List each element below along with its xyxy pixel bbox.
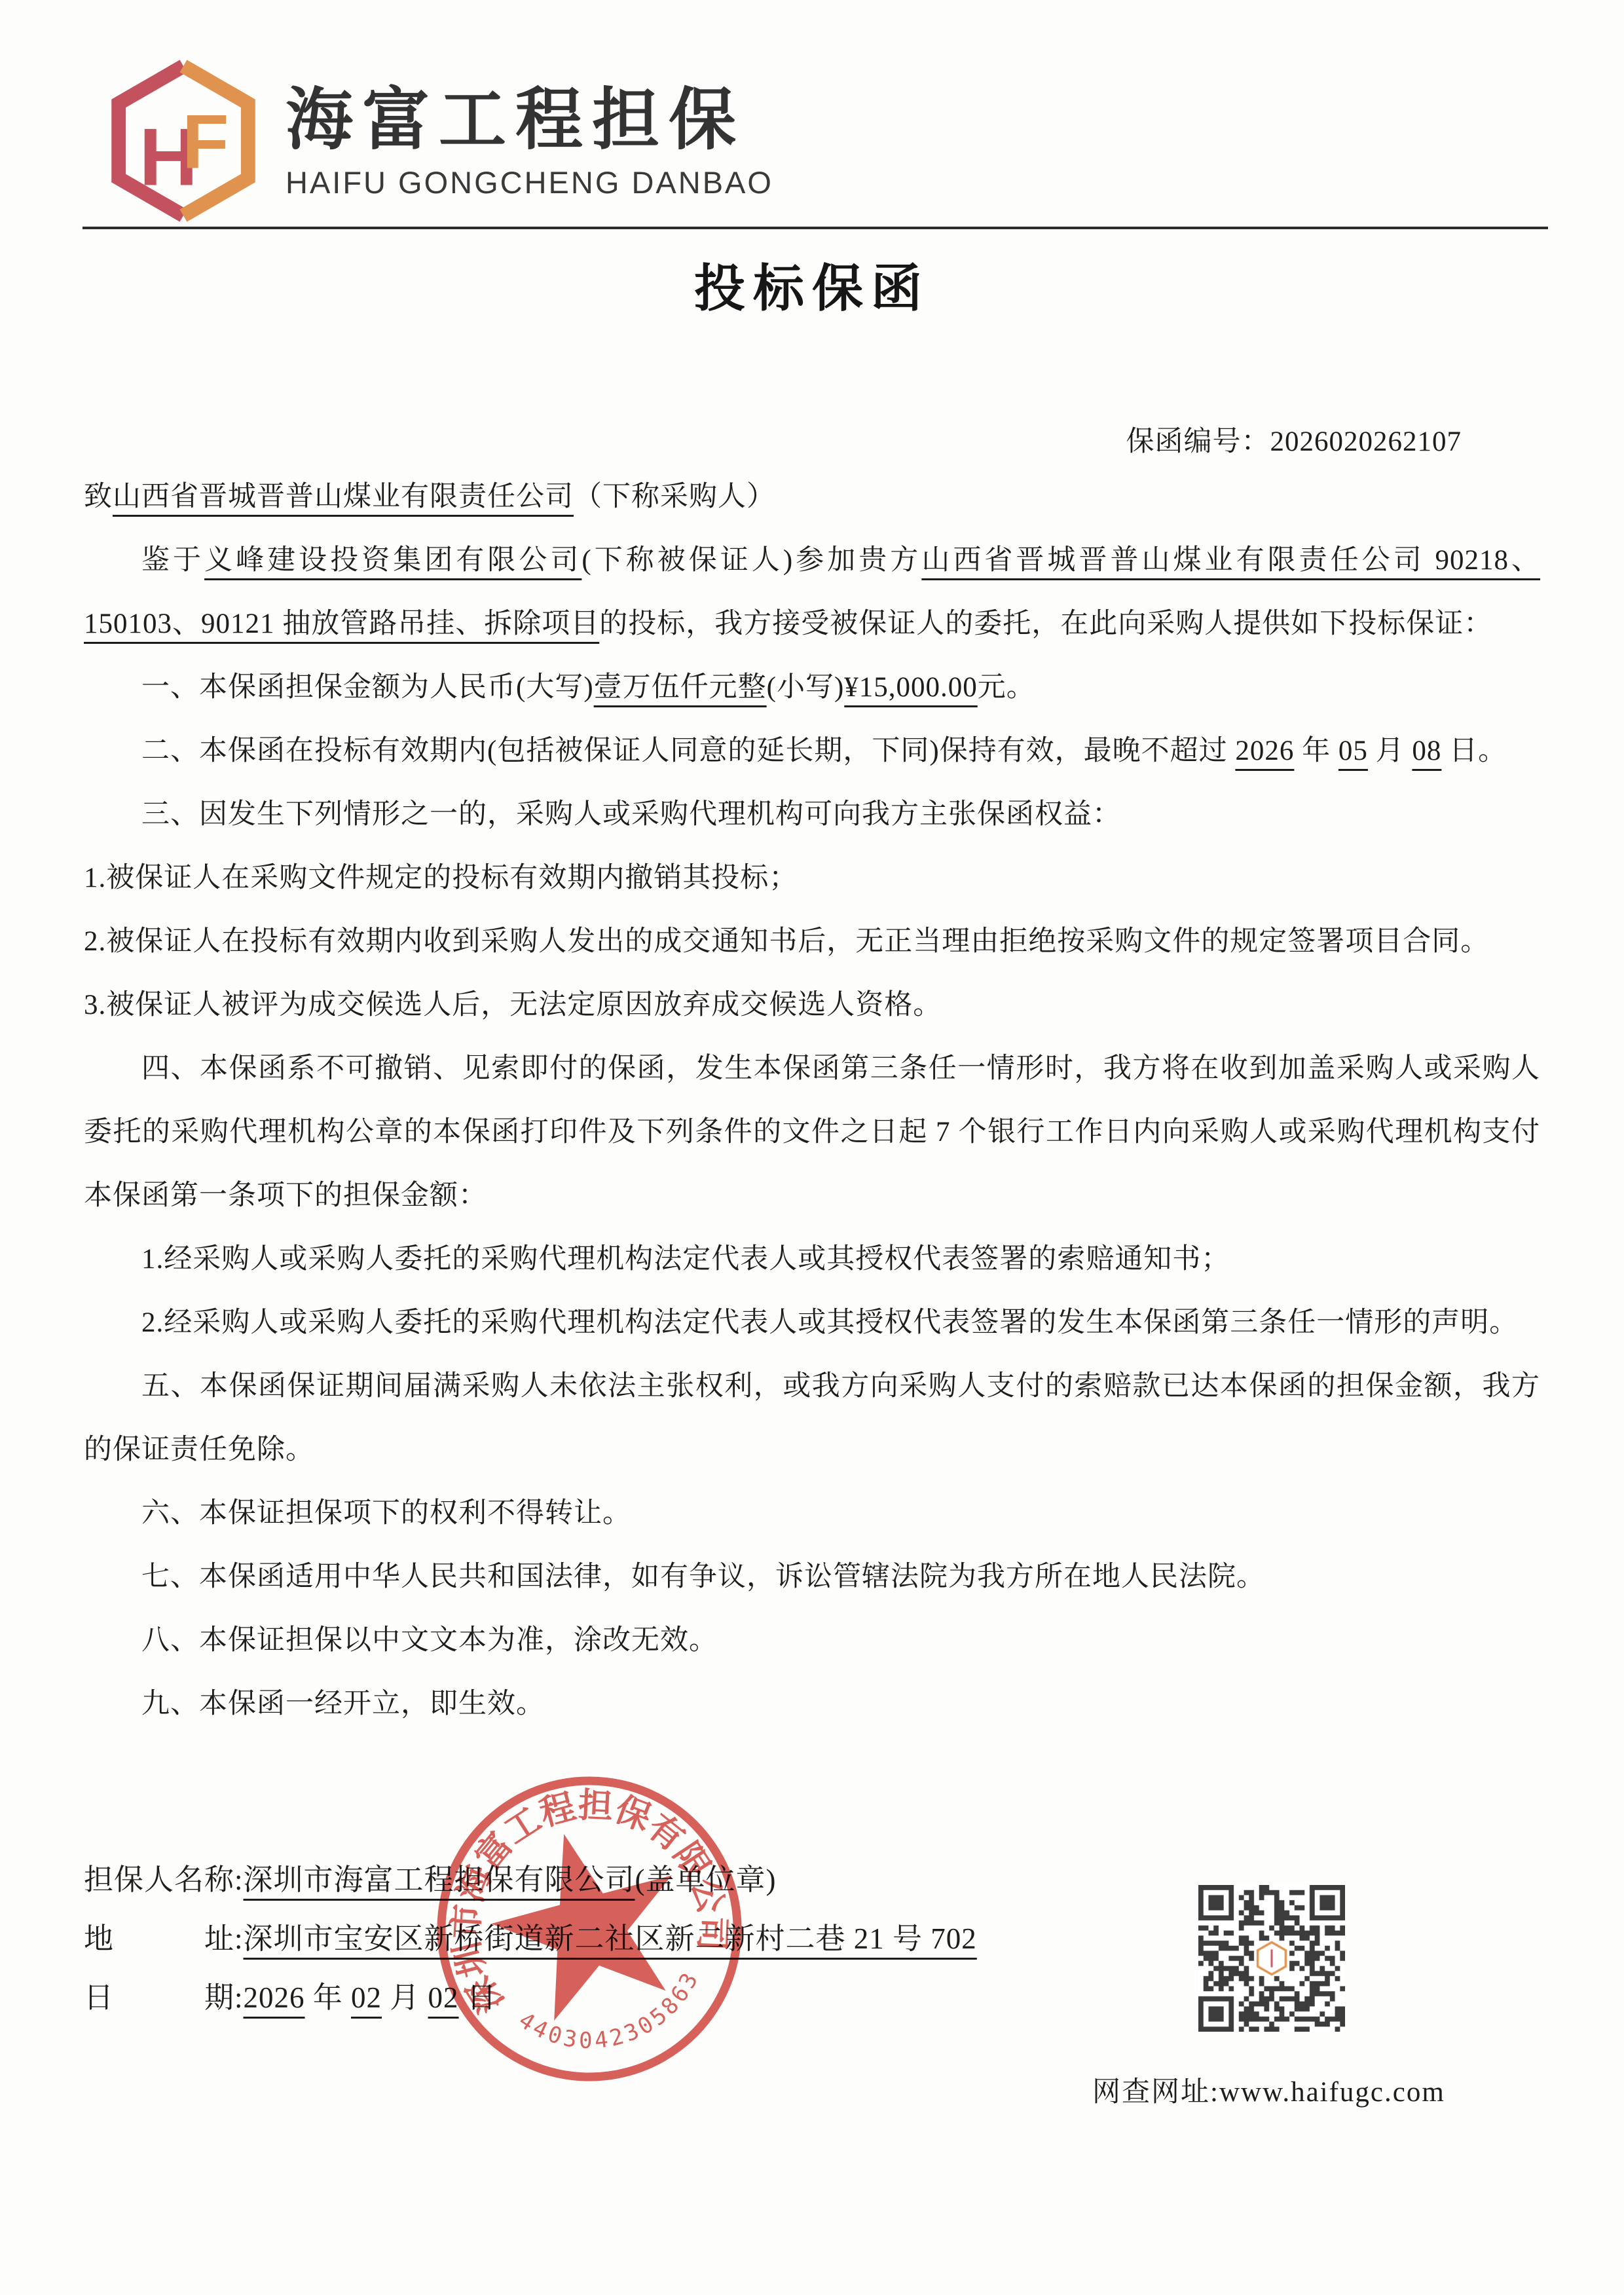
date-label: 日 期: [84,1981,244,2014]
clause-5: 五、本保函保证期间届满采购人未依法主张权利，或我方向采购人支付的索赔款已达本保函… [84,1354,1540,1482]
brand-block: 海富工程担保 HAIFU GONGCHENG DANBAO [286,81,773,200]
seal-number-text: 4403042305863 [509,1961,717,2076]
header-divider [83,227,1548,229]
clause-4-item-1: 1.经采购人或采购人委托的采购代理机构法定代表人或其授权代表签署的索赔通知书； [84,1227,1540,1291]
clause-9: 九、本保函一经开立，即生效。 [84,1672,1540,1736]
clause-3: 三、因发生下列情形之一的，采购人或采购代理机构可向我方主张保函权益： [84,783,1540,846]
amount-in-words: 壹万伍仟元整 [594,672,767,703]
expiry-day: 08 [1412,736,1441,766]
date-year: 2026 [244,1981,305,2014]
clause-3-item-2: 2.被保证人在投标有效期内收到采购人发出的成交通知书后，无正当理由拒绝按采购文件… [84,910,1540,973]
expiry-month-unit: 月 [1368,736,1412,766]
svg-text:F: F [182,99,229,185]
clause-3-item-3: 3.被保证人被评为成交候选人后，无法定原因放弃成交候选人资格。 [84,973,1540,1037]
brand-name-cn: 海富工程担保 [286,81,773,159]
clause-7: 七、本保函适用中华人民共和国法律，如有争议，诉讼管辖法院为我方所在地人民法院。 [84,1545,1540,1609]
guarantee-number-label: 保函编号： [1126,426,1270,457]
amount-in-figures: ¥15,000.00 [844,672,978,703]
document-title: 投标保函 [0,248,1624,321]
clause-2-pre: 二、本保函在投标有效期内(包括被保证人同意的延长期，下同)保持有效，最晚不超过 [141,736,1228,766]
brand-name-en: HAIFU GONGCHENG DANBAO [286,164,773,200]
recipient-prefix: 致 [84,481,113,512]
clause-4-item-2: 2.经采购人或采购人委托的采购代理机构法定代表人或其授权代表签署的发生本保函第三… [84,1291,1540,1354]
recipient-line: 致山西省晋城晋普山煤业有限责任公司（下称采购人） [84,465,1540,529]
intro-pre: 鉴于 [141,545,204,576]
expiry-day-unit: 日。 [1441,736,1507,766]
recipient-suffix: （下称采购人） [574,481,775,512]
document-page: H F 海富工程担保 HAIFU GONGCHENG DANBAO 投标保函 保… [0,0,1624,2295]
clause-4: 四、本保函系不可撤销、见索即付的保函，发生本保函第三条任一情形时，我方将在收到加… [84,1037,1540,1227]
purchaser-name: 山西省晋城晋普山煤业有限责任公司 [113,481,574,512]
expiry-month: 05 [1338,736,1368,766]
date-month: 02 [351,1981,382,2014]
principal-name: 义峰建设投资集团有限公司 [204,545,581,576]
company-logo-icon: H F [103,56,263,225]
svg-text:4403042305863: 4403042305863 [509,1961,717,2076]
guarantee-number-line: 保函编号：2026020262107 [1126,419,1462,459]
intro-post: 的投标，我方接受被保证人的委托，在此向采购人提供如下投标保证： [599,608,1492,639]
verification-url: 网查网址:www.haifugc.com [1092,2070,1445,2110]
clause-1-mid: (小写) [767,672,845,703]
address-label: 地 址: [84,1922,244,1955]
clause-1-post: 元。 [978,672,1035,703]
expiry-year: 2026 [1235,736,1294,766]
document-body: 致山西省晋城晋普山煤业有限责任公司（下称采购人） 鉴于义峰建设投资集团有限公司(… [84,465,1540,1736]
guarantee-number-value: 2026020262107 [1270,426,1462,457]
qr-code [1198,1885,1345,2032]
intro-mid: (下称被保证人)参加贵方 [581,545,921,576]
expiry-year-unit: 年 [1294,736,1338,766]
clause-2: 二、本保函在投标有效期内(包括被保证人同意的延长期，下同)保持有效，最晚不超过 … [84,719,1540,783]
clause-3-item-1: 1.被保证人在采购文件规定的投标有效期内撤销其投标； [84,846,1540,910]
clause-1-pre: 一、本保函担保金额为人民币(大写) [141,672,594,703]
company-seal: 深圳市海富工程担保有限公司 4403042305863 [419,1759,760,2099]
clause-8: 八、本保证担保以中文文本为准，涂改无效。 [84,1609,1540,1672]
clause-6: 六、本保证担保项下的权利不得转让。 [84,1482,1540,1545]
clause-1: 一、本保函担保金额为人民币(大写)壹万伍仟元整(小写)¥15,000.00元。 [84,656,1540,719]
intro-paragraph: 鉴于义峰建设投资集团有限公司(下称被保证人)参加贵方山西省晋城晋普山煤业有限责任… [84,529,1540,656]
letterhead: H F 海富工程担保 HAIFU GONGCHENG DANBAO [103,56,773,225]
date-year-unit: 年 [305,1981,352,2014]
guarantor-label: 担保人名称: [84,1863,244,1896]
